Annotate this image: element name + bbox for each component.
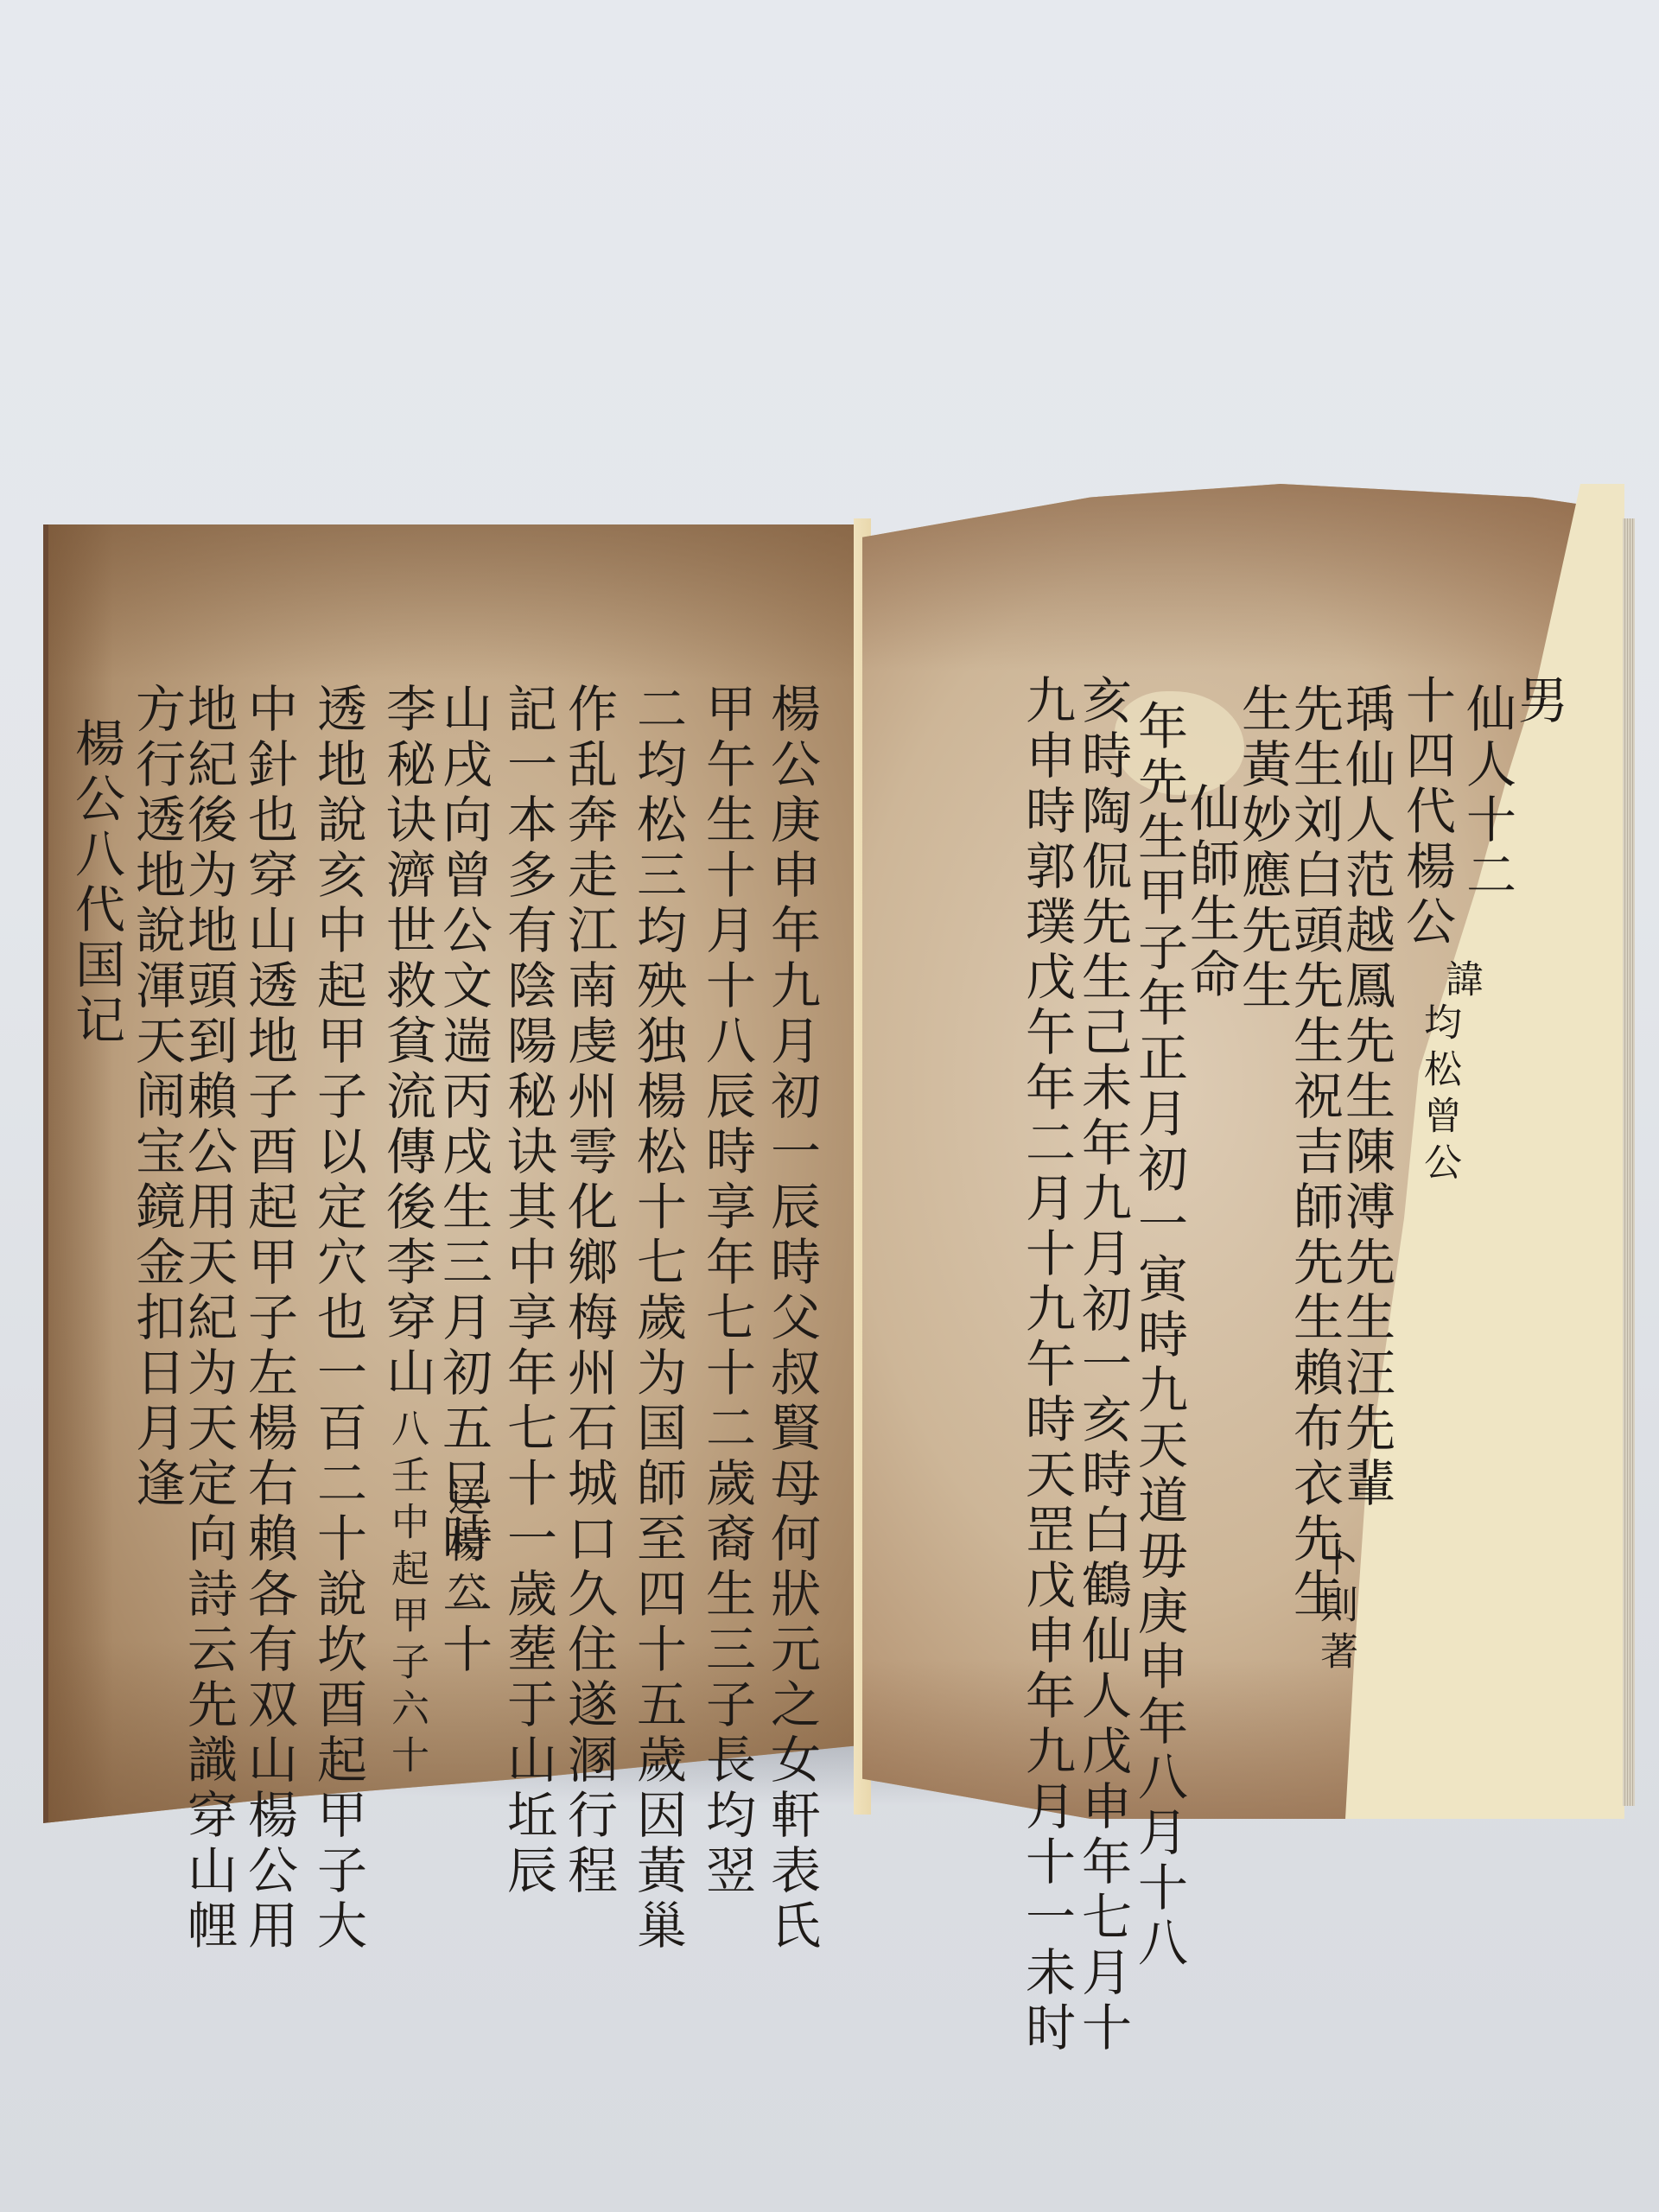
left-col-1: 楊公庚申年九月初一辰時父叔賢母何狀元之女軒表氏 (766, 683, 817, 1955)
right-col-4: 瑀仙人范越鳳先生陳溥先生汪先輩 (1341, 683, 1391, 1512)
left-col-10: 地紀後为地頭到賴公用天紀为天定向詩云先識穿山𢃇 (183, 683, 233, 1955)
right-col-5: 先生刘白頭先生祝吉師先生賴布衣先生 (1289, 683, 1339, 1623)
right-col-2: 仙人十二 (1462, 683, 1512, 904)
left-col-8: 透地說亥中起甲子以定穴也一百二十說坎酉起甲子大 (313, 683, 363, 1955)
right-col-6: 生黃妙應先生 (1237, 683, 1287, 1014)
right-col-1: 男 (1514, 674, 1564, 729)
left-col-3: 二均松三均殃独楊松十七歲为国師至四十五歲因黃巢 (632, 683, 683, 1955)
left-col-9: 中針也穿山透地子酉起甲子左楊右賴各有双山楊公用 (244, 683, 294, 1955)
right-col-9: 亥時陶侃先生己未年九月初一亥時白鶴仙人戊申年七月十 (1077, 674, 1128, 2056)
left-col-2: 甲午生十月十八辰時享年七十二歲裔生三子長均翌 (702, 683, 752, 1899)
left-col-7: 李秘诀濟世救貧流傳後李穿山 (382, 683, 432, 1402)
left-col-5: 記一本多有陰陽秘诀其中享年七十一歲塟于山坵辰 (503, 683, 553, 1899)
left-col-title: 楊公八代国记 (71, 717, 121, 1049)
left-note-1: 八壬中起甲子六十 (387, 1408, 425, 1782)
right-col-10: 九申時郭璞戊午年二月十九午時天罡戊申年九月十一未时 (1021, 674, 1071, 2056)
right-col-3: 十四代楊公 (1402, 674, 1452, 950)
left-note-2: 送楊公 (443, 1478, 481, 1618)
page-edges (1623, 518, 1635, 1806)
right-note-3: 卜則著 (1316, 1538, 1354, 1678)
right-note-2: 均松曾公 (1420, 1002, 1458, 1189)
right-col-8: 年先生甲子年正月初一寅時九天道毋庚申年八月十八 (1134, 700, 1184, 1972)
left-col-11: 方行透地說渾天闹宝鏡金扣日月逢 (131, 683, 181, 1512)
right-col-heading: 仙師生命 (1185, 782, 1236, 1003)
right-note-1: 諱 (1441, 959, 1479, 1006)
left-col-4: 作乱奔走江南虔州雩化鄉梅州石城口久住遂溷行程 (563, 683, 613, 1899)
